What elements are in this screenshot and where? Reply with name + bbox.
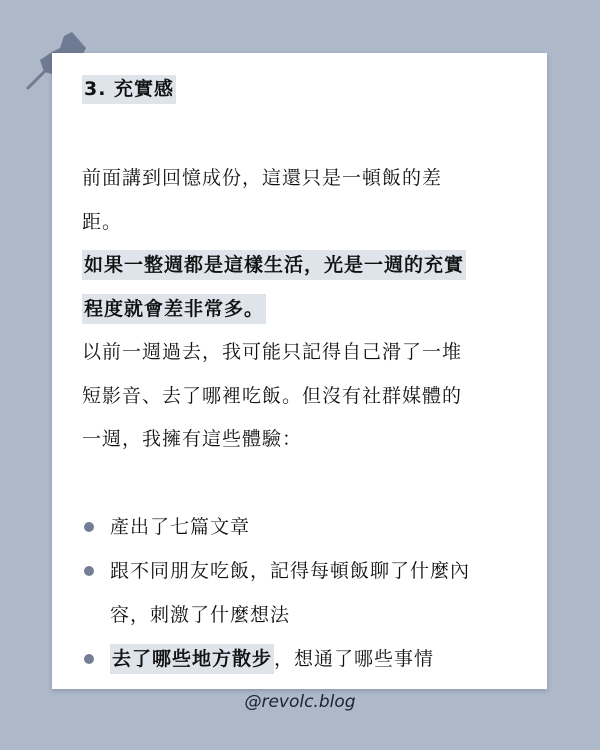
text-line: 程度就會差非常多。 [82, 288, 522, 332]
text-line: 一週，我擁有這些體驗： [82, 418, 522, 462]
list-item: 跟不同朋友吃飯，記得每頓飯聊了什麼內 容，刺激了什麼想法 [82, 549, 522, 637]
bullet-icon [84, 566, 94, 576]
paragraph-experience: 以前一週過去，我可能只記得自己滑了一堆 短影音、去了哪裡吃飯。但沒有社群媒體的 … [82, 331, 522, 462]
highlighted-text: 如果一整週都是這樣生活，光是一週的充實 [82, 250, 466, 280]
list-item-text: 產出了七篇文章 [110, 505, 522, 549]
plain-text: ，想通了哪些事情 [274, 648, 434, 670]
section-heading: 3. 充實感 [82, 75, 176, 104]
note-card: 3. 充實感 前面講到回憶成份，這還只是一頓飯的差 距。 如果一整週都是這樣生活… [52, 53, 547, 689]
bullet-icon [84, 654, 94, 664]
paragraph-intro: 前面講到回憶成份，這還只是一頓飯的差 距。 [82, 157, 522, 244]
text-line: 以前一週過去，我可能只記得自己滑了一堆 [82, 331, 522, 375]
list-item: 產出了七篇文章 [82, 505, 522, 549]
list-item: 去了哪些地方散步，想通了哪些事情 [82, 637, 522, 681]
highlighted-text: 去了哪些地方散步 [110, 644, 274, 674]
text-line: 距。 [82, 201, 522, 245]
text-line: 短影音、去了哪裡吃飯。但沒有社群媒體的 [82, 375, 522, 419]
text-line: 前面講到回憶成份，這還只是一頓飯的差 [82, 157, 522, 201]
list-item-text: 跟不同朋友吃飯，記得每頓飯聊了什麼內 [110, 549, 522, 593]
author-handle: @revolc.blog [0, 692, 600, 712]
bullet-icon [84, 522, 94, 532]
list-item-text: 去了哪些地方散步，想通了哪些事情 [110, 637, 522, 681]
list-item-text: 容，刺激了什麼想法 [110, 593, 522, 637]
paragraph-highlight: 如果一整週都是這樣生活，光是一週的充實 程度就會差非常多。 [82, 244, 522, 331]
text-line: 如果一整週都是這樣生活，光是一週的充實 [82, 244, 522, 288]
highlighted-text: 程度就會差非常多。 [82, 294, 266, 324]
experience-list: 產出了七篇文章 跟不同朋友吃飯，記得每頓飯聊了什麼內 容，刺激了什麼想法 去了哪… [82, 505, 522, 681]
